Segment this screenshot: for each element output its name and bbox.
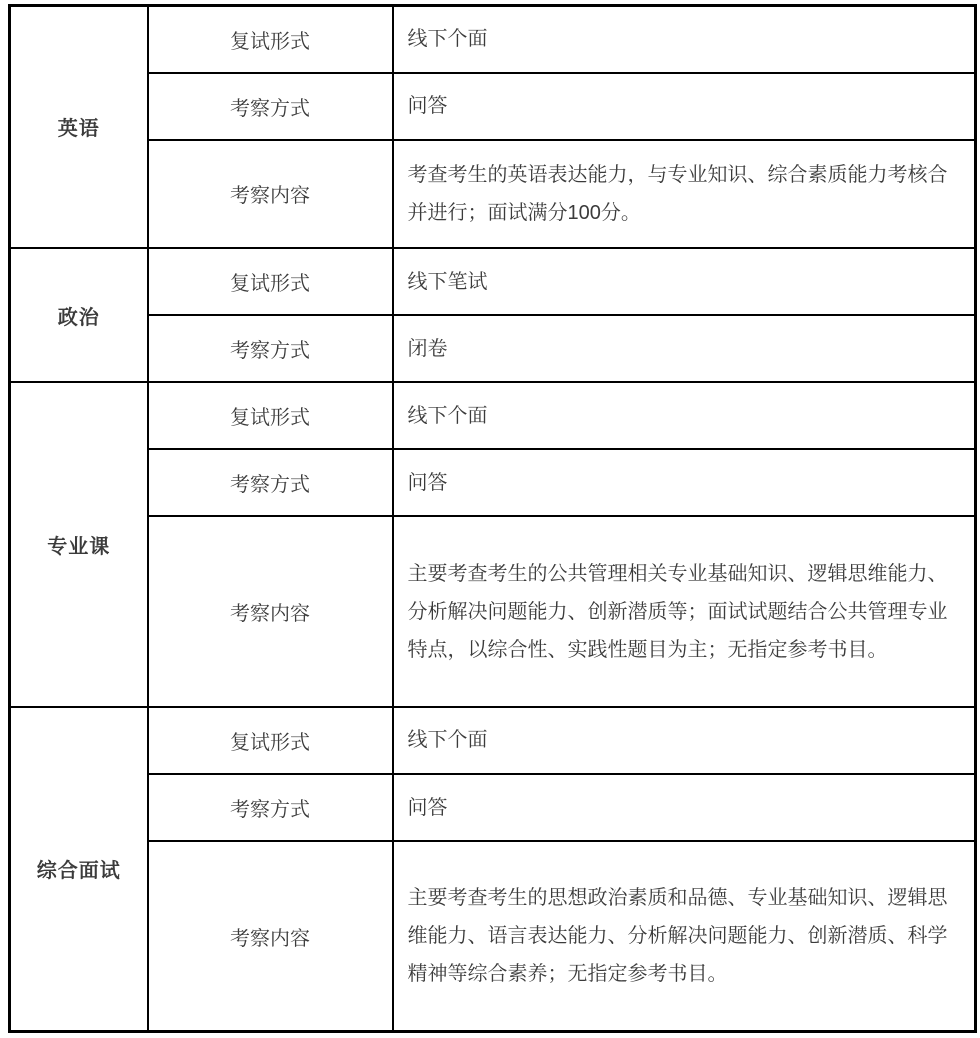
table-row: 考察内容 主要考查考生的公共管理相关专业基础知识、逻辑思维能力、分析解决问题能力… [10, 516, 976, 706]
table-row: 英语 复试形式 线下个面 [10, 6, 976, 73]
table-row: 政治 复试形式 线下笔试 [10, 248, 976, 315]
label-cell: 复试形式 [148, 248, 393, 315]
page: 英语 复试形式 线下个面 考察方式 问答 考察内容 考查考生的英语表达能力，与专… [0, 0, 980, 1038]
subject-cell-politics: 政治 [10, 248, 148, 382]
label-cell: 考察内容 [148, 841, 393, 1031]
table-row: 考察方式 问答 [10, 73, 976, 140]
label-cell: 考察方式 [148, 449, 393, 516]
subject-cell-english: 英语 [10, 6, 148, 248]
value-cell: 问答 [393, 449, 976, 516]
label-cell: 考察内容 [148, 140, 393, 248]
review-subjects-table: 英语 复试形式 线下个面 考察方式 问答 考察内容 考查考生的英语表达能力，与专… [8, 4, 977, 1033]
label-cell: 复试形式 [148, 382, 393, 449]
table-row: 考察内容 主要考查考生的思想政治素质和品德、专业基础知识、逻辑思维能力、语言表达… [10, 841, 976, 1031]
label-cell: 考察方式 [148, 73, 393, 140]
value-cell: 线下个面 [393, 707, 976, 774]
label-cell: 复试形式 [148, 707, 393, 774]
value-cell: 考查考生的英语表达能力，与专业知识、综合素质能力考核合并进行；面试满分100分。 [393, 140, 976, 248]
label-cell: 复试形式 [148, 6, 393, 73]
subject-cell-comprehensive-interview: 综合面试 [10, 707, 148, 1032]
value-cell: 主要考查考生的公共管理相关专业基础知识、逻辑思维能力、分析解决问题能力、创新潜质… [393, 516, 976, 706]
value-cell: 问答 [393, 774, 976, 841]
table-row: 考察方式 闭卷 [10, 315, 976, 382]
value-cell: 线下个面 [393, 382, 976, 449]
value-cell: 问答 [393, 73, 976, 140]
table-row: 考察内容 考查考生的英语表达能力，与专业知识、综合素质能力考核合并进行；面试满分… [10, 140, 976, 248]
label-cell: 考察方式 [148, 315, 393, 382]
table-row: 综合面试 复试形式 线下个面 [10, 707, 976, 774]
label-cell: 考察方式 [148, 774, 393, 841]
value-cell: 线下个面 [393, 6, 976, 73]
table-row: 考察方式 问答 [10, 774, 976, 841]
value-cell: 主要考查考生的思想政治素质和品德、专业基础知识、逻辑思维能力、语言表达能力、分析… [393, 841, 976, 1031]
table-row: 考察方式 问答 [10, 449, 976, 516]
label-cell: 考察内容 [148, 516, 393, 706]
table-row: 专业课 复试形式 线下个面 [10, 382, 976, 449]
subject-cell-major-course: 专业课 [10, 382, 148, 707]
value-cell: 线下笔试 [393, 248, 976, 315]
value-cell: 闭卷 [393, 315, 976, 382]
